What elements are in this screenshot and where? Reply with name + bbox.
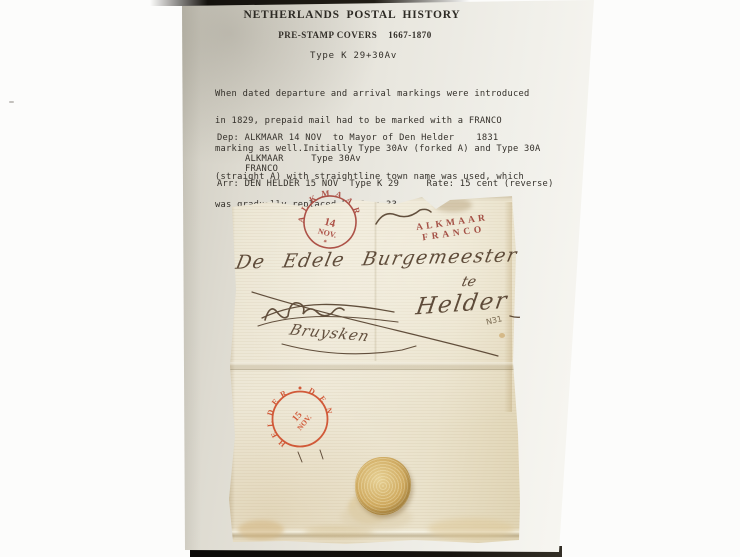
page-title: NETHERLANDS POSTAL HISTORY (243, 9, 460, 21)
helder-tail-dash (510, 315, 520, 317)
type-reference-line: Type K 29+30Av (310, 51, 397, 61)
description-line: When dated departure and arrival marking… (215, 90, 541, 99)
den-arc: DEN (307, 386, 335, 421)
page-subtitle: PRE-STAMP COVERS 1667-1870 (278, 30, 432, 40)
long-pen-stroke (252, 292, 498, 356)
departure-line: Dep: ALKMAAR 14 NOV to Mayor of Den Held… (217, 133, 498, 143)
album-page-photo: NETHERLANDS POSTAL HISTORY PRE-STAMP COV… (0, 0, 740, 557)
svg-text:DEN: DEN (307, 386, 335, 421)
cover-markings-layer: ALKMAAR 14 NOV. * ALKMAAR FRANCO De Edel… (228, 194, 520, 546)
salutation-flourish (376, 209, 431, 224)
dust-speck (9, 101, 14, 103)
datestamp-dot (299, 387, 302, 390)
den-helder-circular-datestamp: DEN HELDER 15 NOV. (260, 379, 340, 459)
arrival-line: Arr: DEN HELDER 15 NOV Type K 29 Rate: 1… (217, 179, 554, 189)
description-line: in 1829, prepaid mail had to be marked w… (215, 117, 541, 126)
helder-arc: HELDER (265, 386, 292, 449)
underline-flourish (282, 344, 416, 354)
marking-type-line: ALKMAAR Type 30Av (245, 154, 361, 164)
wax-seal (355, 457, 411, 515)
svg-text:HELDER: HELDER (265, 386, 292, 449)
franco-line: FRANCO (245, 164, 278, 174)
cross-out-stroke (258, 317, 398, 327)
